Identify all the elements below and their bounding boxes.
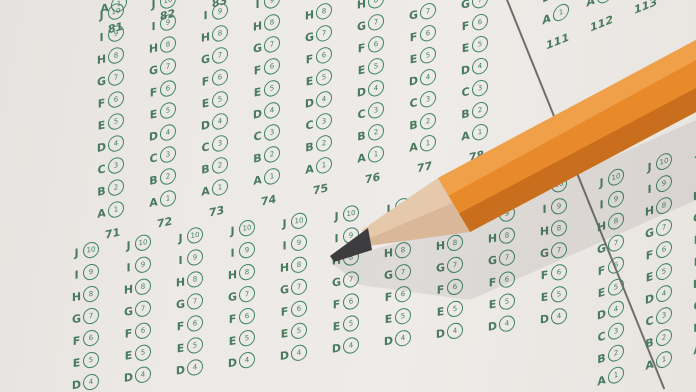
choice-letter: B (459, 106, 473, 122)
answer-bubble[interactable]: 6 (160, 78, 176, 97)
choice-letter: D (382, 334, 396, 349)
choice-letter: A (199, 183, 213, 199)
choice-letter: J (122, 238, 136, 253)
answer-bubble[interactable]: 7 (343, 270, 359, 288)
choice-letter: G (330, 275, 344, 290)
answer-bubble[interactable]: 2 (368, 122, 384, 141)
question-column: 77A1B2C3D4E5F6G7H8I9J10 (407, 0, 436, 179)
choice-letter: C (643, 313, 657, 331)
question-column: D4E5F6G7H8I9J10 (226, 215, 255, 373)
choice-letter: I (382, 224, 396, 239)
choice-letter: E (459, 40, 473, 56)
answer-bubble[interactable]: 2 (472, 100, 488, 119)
choice-letter: D (147, 128, 161, 144)
answer-bubble[interactable]: 6 (656, 239, 672, 260)
answer-bubble[interactable]: 8 (551, 219, 567, 237)
answer-bubble[interactable]: 2 (316, 133, 332, 152)
answer-bubble[interactable]: 3 (108, 156, 124, 175)
answer-bubble[interactable]: 6 (420, 23, 436, 42)
question-column: 78A1B2C3D4E5F6G7H8I9J10 (459, 0, 488, 168)
choice-letter: A (95, 205, 109, 221)
choice-letter: H (486, 231, 500, 246)
answer-bubble[interactable]: 7 (420, 1, 436, 20)
answer-bubble[interactable]: 6 (447, 278, 463, 296)
answer-bubble[interactable]: 7 (135, 300, 151, 318)
answer-bubble[interactable]: 1 (368, 144, 384, 163)
choice-letter: E (330, 319, 344, 334)
answer-bubble[interactable]: 7 (368, 12, 384, 31)
answer-bubble[interactable]: 8 (656, 195, 672, 216)
answer-bubble[interactable]: 4 (608, 299, 624, 320)
choice-letter: E (278, 326, 292, 341)
answer-bubble[interactable]: 4 (656, 283, 672, 304)
choice-letter: I (486, 209, 500, 224)
answer-bubble[interactable]: 8 (447, 234, 463, 252)
choice-letter: F (330, 297, 344, 312)
answer-bubble[interactable]: 8 (239, 263, 255, 281)
choice-letter: I (691, 165, 696, 183)
question-column: 73A1B2C3D4E5F6G7H8I9J10 (199, 0, 228, 223)
choice-letter: I (330, 231, 344, 246)
answer-bubble[interactable]: 8 (83, 285, 99, 303)
answer-bubble[interactable]: 5 (135, 344, 151, 362)
choice-letter: G (122, 304, 136, 319)
answer-bubble[interactable]: 4 (395, 329, 411, 347)
choice-letter: C (303, 117, 317, 133)
answer-bubble[interactable]: 5 (395, 307, 411, 325)
question-number: 75 (313, 181, 328, 197)
answer-bubble[interactable]: 5 (420, 45, 436, 64)
answer-bubble[interactable]: 8 (212, 23, 228, 42)
answer-bubble[interactable]: 7 (608, 233, 624, 254)
question-column: A1B2C3D4E5F6G7H8I9J10 (595, 163, 624, 392)
choice-letter: G (382, 268, 396, 283)
choice-letter: H (691, 187, 696, 205)
question-number: 74 (261, 192, 276, 208)
answer-bubble[interactable]: 8 (316, 1, 332, 20)
question-number: 81 (108, 20, 123, 37)
choice-letter: F (355, 40, 369, 56)
answer-bubble[interactable]: 9 (135, 256, 151, 274)
choice-letter: I (251, 0, 265, 12)
answer-bubble[interactable]: 5 (368, 56, 384, 75)
choice-letter: G (95, 73, 109, 89)
answer-bubble[interactable]: 4 (343, 336, 359, 354)
answer-bubble[interactable]: 3 (656, 305, 672, 326)
answer-bubble[interactable]: 6 (472, 12, 488, 31)
answer-bubble[interactable]: 9 (264, 0, 280, 10)
answer-bubble[interactable]: 2 (108, 178, 124, 197)
answer-bubble[interactable]: 5 (551, 285, 567, 303)
choice-letter: D (95, 139, 109, 155)
choice-letter: E (174, 341, 188, 356)
answer-bubble[interactable]: 5 (472, 34, 488, 53)
answer-bubble[interactable]: 9 (291, 234, 307, 252)
choice-letter: C (355, 106, 369, 122)
answer-bubble[interactable]: 6 (499, 270, 515, 288)
choice-letter: H (147, 40, 161, 56)
answer-bubble[interactable]: 9 (656, 173, 672, 194)
answer-bubble[interactable]: 5 (160, 100, 176, 119)
choice-letter: F (226, 312, 240, 327)
answer-bubble[interactable]: 9 (187, 248, 203, 266)
choice-letter: F (407, 29, 421, 45)
choice-letter: J (486, 187, 500, 202)
question-column: D4E5F6G7H8I9J10 (330, 200, 359, 358)
choice-letter: H (226, 268, 240, 283)
question-column: D4E5F6G7H8I9J10 (434, 186, 463, 344)
answer-bubble[interactable]: 7 (499, 248, 515, 266)
answer-bubble[interactable]: 2 (160, 166, 176, 185)
answer-bubble[interactable]: 7 (551, 241, 567, 259)
choice-letter: E (643, 269, 657, 287)
answer-bubble[interactable]: 5 (608, 277, 624, 298)
question-number: 113 (634, 0, 657, 17)
answer-bubble[interactable]: 9 (343, 226, 359, 244)
choice-letter: E (691, 253, 696, 271)
choice-letter: C (251, 128, 265, 144)
choice-letter: H (382, 246, 396, 261)
answer-bubble[interactable]: 10 (395, 197, 411, 215)
answer-bubble[interactable]: 6 (551, 263, 567, 281)
choice-letter: G (174, 297, 188, 312)
question-column: 72A1B2C3D4E5F6G7H8I9J10 (147, 0, 176, 234)
answer-bubble[interactable]: 5 (656, 261, 672, 282)
choice-letter: J (382, 202, 396, 217)
answer-bubble[interactable]: 4 (420, 67, 436, 86)
answer-bubble[interactable]: 8 (160, 34, 176, 53)
answer-bubble[interactable]: 1 (608, 365, 624, 386)
choice-letter: G (70, 312, 84, 327)
choice-letter: H (199, 29, 213, 45)
answer-bubble[interactable]: 4 (212, 111, 228, 130)
answer-bubble[interactable]: 1 (420, 133, 436, 152)
answer-bubble[interactable]: 10 (608, 167, 624, 188)
choice-letter: J (174, 231, 188, 246)
choice-letter: H (434, 238, 448, 253)
answer-bubble[interactable]: 1 (472, 122, 488, 141)
answer-bubble[interactable]: 8 (368, 0, 384, 10)
choice-letter: E (251, 84, 265, 100)
answer-bubble[interactable]: 6 (187, 314, 203, 332)
answer-bubble[interactable]: 4 (447, 322, 463, 340)
answer-bubble[interactable]: 5 (316, 67, 332, 86)
choice-letter: G (251, 40, 265, 56)
choice-letter: H (643, 203, 657, 221)
question-column: A1B2C3D4E5F6G7H8I9J10 (643, 147, 672, 376)
answer-bubble[interactable]: 8 (395, 241, 411, 259)
answer-bubble[interactable]: 2 (420, 111, 436, 130)
choice-letter: C (459, 84, 473, 100)
choice-letter: H (355, 0, 369, 12)
answer-bubble[interactable]: 5 (187, 336, 203, 354)
answer-bubble[interactable]: 4 (551, 307, 567, 325)
choice-letter: H (122, 282, 136, 297)
choice-letter: I (595, 196, 609, 214)
choice-letter: F (595, 262, 609, 280)
answer-bubble[interactable]: 8 (608, 211, 624, 232)
answer-bubble[interactable]: 10 (343, 204, 359, 222)
answer-bubble[interactable]: 8 (291, 256, 307, 274)
answer-bubble[interactable]: 5 (212, 89, 228, 108)
answer-bubble[interactable]: 2 (212, 155, 228, 174)
choice-letter: H (538, 224, 552, 239)
question-number: 76 (365, 170, 380, 186)
question-number: 78 (469, 148, 484, 164)
answer-bubble[interactable]: 10 (239, 219, 255, 237)
choice-letter: I (174, 253, 188, 268)
question-column: 114A1B2 (672, 0, 696, 7)
choice-letter: F (303, 51, 317, 67)
choice-letter: A (355, 150, 369, 166)
answer-bubble[interactable]: 6 (608, 255, 624, 276)
answer-bubble[interactable]: 6 (108, 90, 124, 109)
answer-bubble[interactable]: 1 (316, 155, 332, 174)
question-column: D4E5F6G7H8I9J10 (538, 171, 567, 329)
choice-letter: F (251, 62, 265, 78)
choice-letter: A (459, 128, 473, 144)
answer-bubble[interactable]: 4 (264, 100, 280, 119)
choice-letter: D (122, 370, 136, 385)
choice-letter: C (691, 297, 696, 315)
answer-bubble[interactable]: 10 (499, 182, 515, 200)
choice-letter: D (226, 356, 240, 371)
answer-bubble[interactable]: 6 (395, 285, 411, 303)
choice-letter: F (538, 268, 552, 283)
answer-bubble[interactable]: 8 (499, 226, 515, 244)
choice-letter: H (303, 7, 317, 23)
choice-letter: J (434, 194, 448, 209)
choice-letter: D (643, 291, 657, 309)
answer-bubble[interactable]: 7 (472, 0, 488, 10)
answer-bubble[interactable]: 8 (135, 278, 151, 296)
choice-letter: E (95, 117, 109, 133)
answer-bubble[interactable]: 1 (111, 0, 127, 13)
choice-letter: I (226, 246, 240, 261)
choice-letter: A (147, 194, 161, 210)
choice-letter: G (538, 246, 552, 261)
question-column: A1B2C3D4E5F6G7H8I9J10 (691, 131, 696, 360)
answer-bubble[interactable]: 1 (597, 0, 613, 6)
answer-bubble[interactable]: 8 (264, 12, 280, 31)
choice-letter: A (98, 0, 112, 16)
answer-bubble[interactable]: 7 (395, 263, 411, 281)
answer-bubble[interactable]: 4 (316, 89, 332, 108)
answer-bubble[interactable]: 5 (83, 351, 99, 369)
answer-bubble[interactable]: 10 (187, 226, 203, 244)
answer-bubble[interactable]: 10 (447, 190, 463, 208)
answer-bubble[interactable]: 4 (187, 358, 203, 376)
choice-letter: F (147, 84, 161, 100)
question-column: D4E5F6G7H8I9J10 (486, 178, 515, 336)
answer-bubble[interactable]: 10 (656, 151, 672, 172)
choice-letter: E (434, 304, 448, 319)
choice-letter: E (486, 297, 500, 312)
choice-letter: B (595, 350, 609, 368)
choice-letter: I (70, 268, 84, 283)
answer-bubble[interactable]: 10 (551, 175, 567, 193)
answer-sheet-photo: D4E5F6G7H8I9J10D4E5F6G7H8I9J10D4E5F6G7H8… (0, 0, 696, 392)
choice-letter: I (278, 238, 292, 253)
choice-letter: E (538, 290, 552, 305)
answer-bubble[interactable]: 4 (472, 56, 488, 75)
answer-bubble[interactable]: 3 (316, 111, 332, 130)
question-number: 73 (209, 203, 224, 219)
choice-letter: E (226, 334, 240, 349)
choice-letter: C (147, 150, 161, 166)
answer-bubble[interactable]: 7 (108, 68, 124, 87)
answer-bubble[interactable]: 3 (420, 89, 436, 108)
answer-bubble[interactable]: 1 (264, 166, 280, 185)
answer-bubble[interactable]: 9 (83, 263, 99, 281)
choice-letter: G (434, 260, 448, 275)
choice-letter: G (459, 0, 473, 12)
answer-bubble[interactable]: 3 (472, 78, 488, 97)
question-column: 76A1B2C3D4E5F6G7H8I9J10 (355, 0, 384, 190)
choice-letter: A (584, 0, 598, 11)
answer-bubble[interactable]: 3 (264, 122, 280, 141)
answer-bubble[interactable]: 1 (108, 200, 124, 219)
answer-bubble[interactable]: 7 (264, 34, 280, 53)
choice-letter: F (643, 247, 657, 265)
answer-bubble[interactable]: 5 (499, 292, 515, 310)
choice-letter: G (643, 225, 657, 243)
question-number: 71 (105, 225, 120, 241)
answer-bubble[interactable]: 1 (656, 349, 672, 370)
answer-bubble[interactable]: 6 (239, 307, 255, 325)
choice-letter: B (691, 319, 696, 337)
answer-bubble[interactable]: 4 (83, 373, 99, 391)
answer-bubble[interactable]: 2 (264, 144, 280, 163)
choice-letter: C (95, 161, 109, 177)
choice-letter: G (355, 18, 369, 34)
answer-bubble[interactable]: 5 (239, 329, 255, 347)
answer-bubble[interactable]: 7 (212, 45, 228, 64)
answer-bubble[interactable]: 4 (368, 78, 384, 97)
choice-letter: G (407, 7, 421, 23)
answer-bubble[interactable]: 8 (343, 248, 359, 266)
choice-letter: D (199, 117, 213, 133)
answer-bubble[interactable]: 1 (212, 177, 228, 196)
answer-bubble[interactable]: 5 (343, 314, 359, 332)
answer-bubble[interactable]: 6 (291, 300, 307, 318)
choice-letter: F (95, 95, 109, 111)
choice-letter: J (278, 216, 292, 231)
answer-bubble[interactable]: 4 (160, 122, 176, 141)
choice-letter: E (595, 284, 609, 302)
choice-letter: D (486, 319, 500, 334)
answer-bubble[interactable]: 4 (291, 344, 307, 362)
choice-letter: D (407, 73, 421, 89)
choice-letter: B (540, 0, 554, 7)
answer-bubble[interactable]: 9 (239, 241, 255, 259)
answer-bubble[interactable]: 4 (108, 134, 124, 153)
choice-letter: E (122, 348, 136, 363)
answer-bubble[interactable]: 9 (395, 219, 411, 237)
answer-bubble[interactable]: 8 (108, 46, 124, 65)
answer-bubble[interactable]: 4 (499, 314, 515, 332)
answer-bubble[interactable]: 6 (212, 67, 228, 86)
question-column: 74A1B2C3D4E5F6G7H8I9J10 (251, 0, 280, 212)
choice-letter: F (459, 18, 473, 34)
answer-bubble[interactable]: 6 (135, 322, 151, 340)
answer-bubble[interactable]: 1 (160, 188, 176, 207)
question-number: 72 (157, 214, 172, 230)
choice-letter: F (70, 334, 84, 349)
answer-bubble[interactable]: 7 (160, 56, 176, 75)
answer-bubble[interactable]: 9 (499, 204, 515, 222)
choice-letter: J (226, 224, 240, 239)
choice-letter: F (434, 282, 448, 297)
choice-letter: H (95, 51, 109, 67)
answer-bubble[interactable]: 7 (447, 256, 463, 274)
answer-bubble[interactable]: 6 (343, 292, 359, 310)
answer-bubble[interactable]: 3 (608, 321, 624, 342)
choice-letter: E (70, 356, 84, 371)
choice-letter: H (174, 275, 188, 290)
answer-bubble[interactable]: 9 (608, 189, 624, 210)
answer-bubble[interactable]: 6 (264, 56, 280, 75)
answer-bubble[interactable]: 1 (553, 1, 569, 23)
answer-bubble[interactable]: 6 (316, 45, 332, 64)
answer-bubble[interactable]: 7 (316, 23, 332, 42)
answer-bubble[interactable]: 4 (135, 366, 151, 384)
choice-letter: H (251, 18, 265, 34)
choice-letter: D (434, 326, 448, 341)
answer-bubble[interactable]: 3 (368, 100, 384, 119)
answer-bubble[interactable]: 7 (239, 285, 255, 303)
choice-letter: D (251, 106, 265, 122)
answer-bubble[interactable]: 6 (83, 329, 99, 347)
choice-letter: H (407, 0, 421, 1)
choice-letter: D (330, 341, 344, 356)
answer-bubble[interactable]: 3 (212, 133, 228, 152)
answer-bubble[interactable]: 6 (368, 34, 384, 53)
answer-bubble[interactable]: 5 (108, 112, 124, 131)
answer-bubble[interactable]: 5 (264, 78, 280, 97)
choice-letter: B (147, 172, 161, 188)
question-column: 113A1B2 (628, 0, 657, 24)
choice-letter: F (199, 73, 213, 89)
choice-letter: B (355, 128, 369, 144)
choice-letter: I (303, 0, 317, 1)
choice-letter: A (251, 172, 265, 188)
answer-bubble[interactable]: 3 (160, 144, 176, 163)
answer-bubble[interactable]: 9 (551, 197, 567, 215)
answer-bubble[interactable]: 7 (83, 307, 99, 325)
answer-bubble[interactable]: 2 (656, 327, 672, 348)
answer-bubble[interactable]: 7 (656, 217, 672, 238)
answer-bubble[interactable]: 8 (187, 270, 203, 288)
answer-bubble[interactable]: 10 (135, 234, 151, 252)
answer-bubble[interactable]: 5 (447, 300, 463, 318)
answer-bubble[interactable]: 5 (291, 322, 307, 340)
choice-letter: D (303, 95, 317, 111)
question-number: 77 (417, 159, 432, 175)
choice-letter: J (595, 174, 609, 192)
question-column: D4E5F6G7H8I9J10 (174, 222, 203, 380)
answer-bubble[interactable]: 7 (187, 292, 203, 310)
answer-bubble[interactable]: 7 (291, 278, 307, 296)
choice-letter: G (595, 240, 609, 258)
choice-letter: E (199, 95, 213, 111)
choice-letter: D (70, 378, 84, 392)
answer-bubble[interactable]: 9 (447, 212, 463, 230)
choice-letter: I (643, 181, 657, 199)
answer-bubble[interactable]: 4 (239, 351, 255, 369)
answer-bubble[interactable]: 2 (608, 343, 624, 364)
answer-bubble[interactable]: 10 (291, 212, 307, 230)
